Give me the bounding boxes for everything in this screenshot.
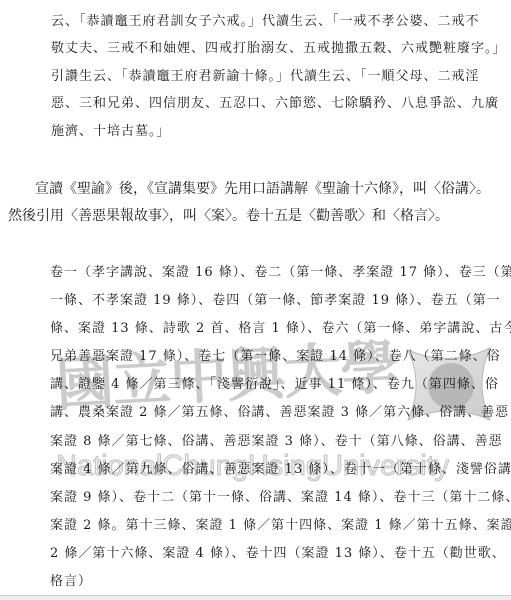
volume-list-line: 案證 8 條／第七條、俗講、善惡案證 3 條）、卷十（第八條、俗講、善惡 — [50, 428, 511, 456]
volume-list: 卷一（孝字講說、案證 16 條）、卷二（第一條、孝案證 17 條）、卷三（第 一… — [50, 259, 511, 596]
volume-list-line: 案證 2 條。第十三條、案證 1 條／第十四條、案證 1 條／第十五條、案證 — [50, 512, 511, 540]
volume-list-line: 案證 9 條）、卷十二（第十一條、俗講、案證 14 條）、卷十三（第十二條、 — [50, 484, 511, 512]
volume-list-line: 一條、不孝案證 19 條）、卷四（第一條、節孝案證 19 條）、卷五（第一 — [50, 287, 511, 315]
volume-list-line: 兄弟善惡案證 17 條）、卷七（第一條、案證 14 條）、卷八（第二條、俗 — [50, 343, 511, 371]
volume-list-line: 2 條／第十六條、案證 4 條）、卷十四（案證 13 條）、卷十五（勸世歌、 — [50, 540, 511, 568]
volume-list-line: 格言） — [50, 568, 511, 596]
paragraph-line: 宣讀《聖諭》後，《宣講集要》先用口語講解《聖諭十六條》，叫〈俗講〉。 — [35, 176, 490, 203]
document-page: 國立中興大學 NationalChungHsingUniversity 云、「恭… — [0, 0, 511, 600]
volume-list-line: 條、案證 13 條、詩歌 2 首、格言 1 條）、卷六（第一條、弟字講說、古今 — [50, 315, 511, 343]
page-bottom-edge — [0, 595, 511, 600]
paragraph-line: 然後引用〈善惡果報故事〉，叫〈案〉。卷十五是〈勸善歌〉和〈格言〉。 — [8, 203, 449, 230]
body-paragraph: 宣讀《聖諭》後，《宣講集要》先用口語講解《聖諭十六條》，叫〈俗講〉。 然後引用〈… — [0, 0, 511, 240]
volume-list-line: 講、證鑒 4 條／第三條、「淺譬衍說」、近事 11 條）、卷九（第四條、俗 — [50, 371, 511, 399]
volume-list-line: 案證 4 條／第九條、俗講、善惡案證 13 條）、卷十一（第十條、淺譬俗講、 — [50, 456, 511, 484]
volume-list-line: 講、農桑案證 2 條／第五條、俗講、善惡案證 3 條／第六條、俗講、善惡 — [50, 399, 511, 427]
volume-list-line: 卷一（孝字講說、案證 16 條）、卷二（第一條、孝案證 17 條）、卷三（第 — [50, 259, 511, 287]
